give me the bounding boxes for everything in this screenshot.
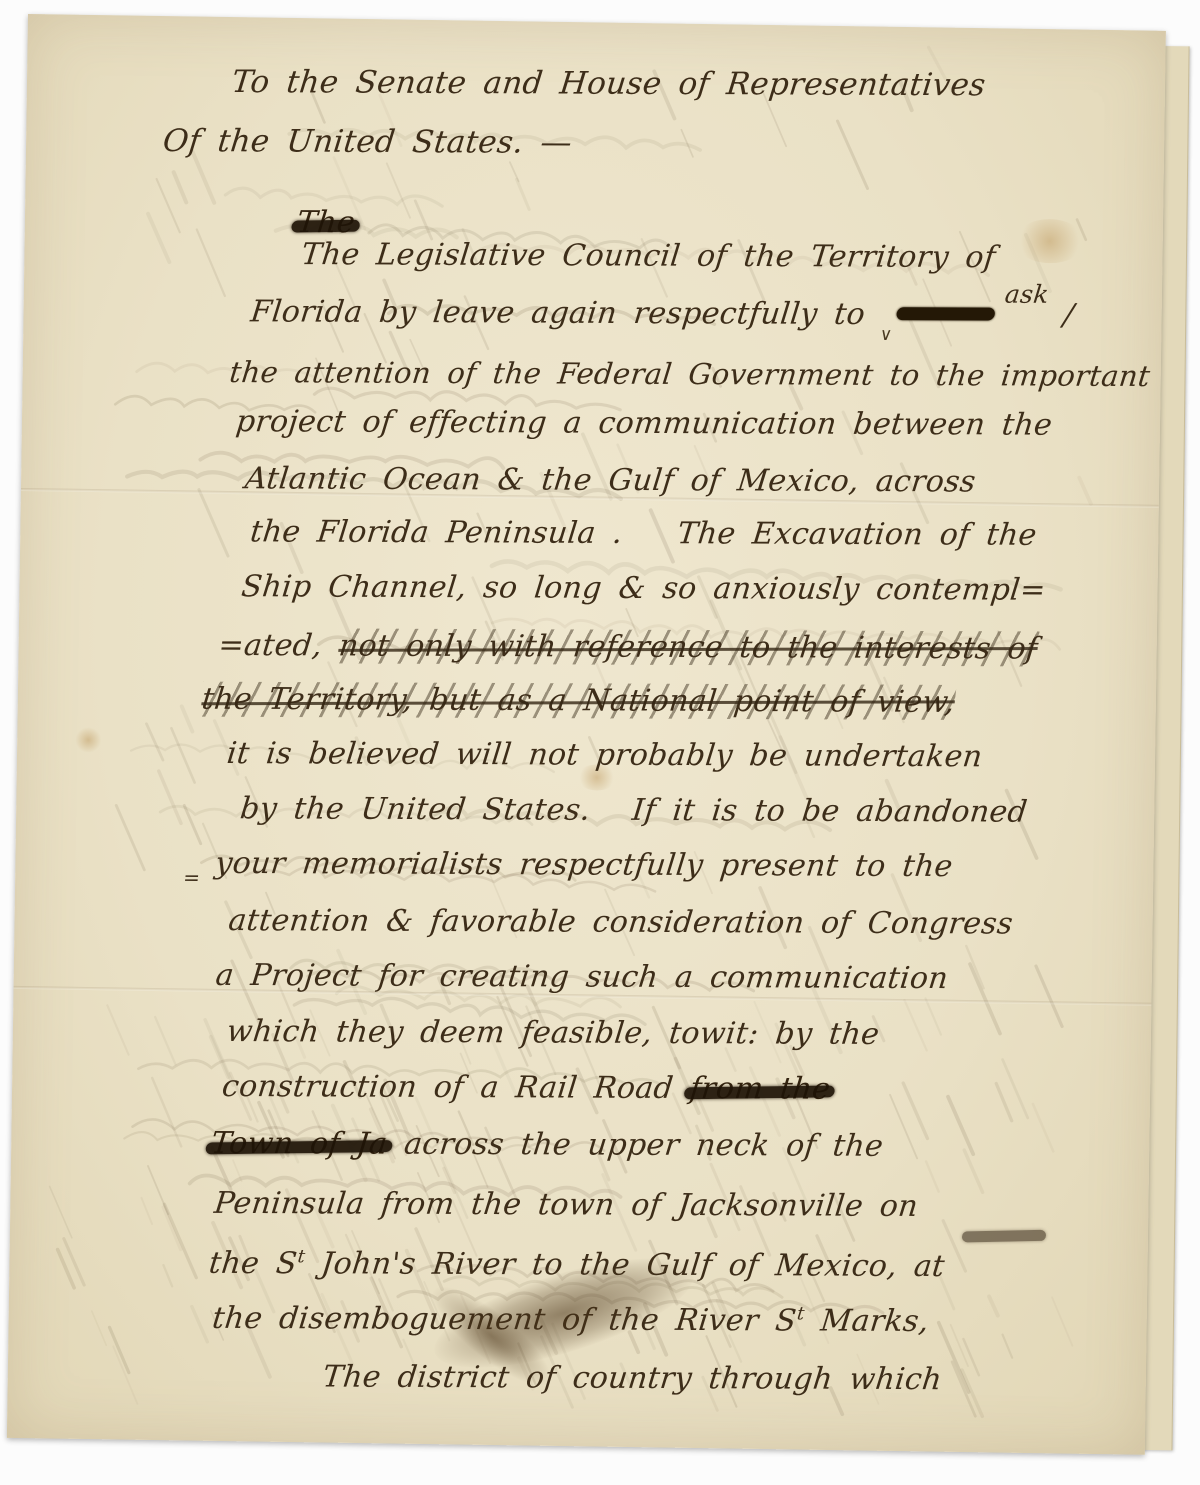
struck-out-text: Town of Ja (209, 1126, 389, 1162)
manuscript-line: it is believed will not probably be unde… (225, 735, 984, 776)
handwritten-text: the Florida Peninsula . (248, 514, 624, 551)
manuscript-line: the attention of the Federal Government … (228, 353, 1152, 395)
handwritten-text: The Legislative Council of the Territory… (300, 237, 998, 275)
salutation-line: To the Senate and House of Representativ… (230, 63, 988, 104)
handwritten-text: Ship Channel, so long & so anxiously con… (240, 569, 1048, 607)
manuscript-page: To the Senate and House of Representativ… (7, 14, 1166, 1455)
handwritten-text: The Excavation of the (676, 516, 1039, 553)
manuscript-line: the Territory, but as a National point o… (200, 681, 957, 722)
manuscript-line: The Legislative Council of the Territory… (299, 236, 997, 277)
handwritten-text: / (1045, 298, 1076, 333)
manuscript-line: the Florida Peninsula .The Excavation of… (248, 513, 1038, 554)
inserted-word-ask: ask (1004, 280, 1051, 309)
manuscript-line: project of effecting a communication bet… (234, 403, 1054, 445)
handwritten-text: construction of a Rail Road (220, 1069, 692, 1106)
manuscript-line: Atlantic Ocean & the Gulf of Mexico, acr… (243, 460, 978, 501)
handwritten-text: = (182, 865, 202, 889)
manuscript-line: by the United States.If it is to be aban… (238, 790, 1029, 831)
handwritten-text: Atlantic Ocean & the Gulf of Mexico, acr… (243, 461, 977, 499)
handwritten-text: Peninsula from the town of Jacksonville … (213, 1186, 920, 1224)
handwritten-text: The district of country through which (321, 1360, 944, 1398)
manuscript-line: Ship Channel, so long & so anxiously con… (239, 568, 1047, 609)
manuscript-line: Town of Ja across the upper neck of the (209, 1125, 885, 1166)
insertion-caret: ∨ (879, 325, 894, 345)
handwritten-text: a Project for creating such a communicat… (214, 958, 950, 996)
handwritten-text: If it is to be abandoned (630, 793, 1029, 830)
manuscript-line: =ated, not only with reference to the in… (217, 627, 1040, 669)
handwritten-text: To the Senate and House of Representativ… (230, 64, 987, 103)
handwritten-text: Florida by leave again respectfully to (249, 294, 884, 332)
handwritten-text: the attention of the Federal Government … (228, 355, 1152, 393)
handwritten-text: project of effecting a communication bet… (234, 404, 1054, 443)
struck-out-text: from the (688, 1071, 832, 1107)
handwritten-text: Marks, (802, 1303, 931, 1338)
ink-smear-under-jacksonville (962, 1230, 1046, 1243)
handwritten-text: the S (207, 1246, 299, 1281)
manuscript-line: your memorialists respectfully present t… (213, 845, 954, 886)
manuscript-line: Florida by leave again respectfully to ∨… (248, 293, 1076, 339)
hatched-strikethrough-text: not only with reference to the interests… (337, 628, 1039, 666)
hatched-strikethrough-text: the Territory, but as a National point o… (200, 682, 957, 720)
handwritten-text: your memorialists respectfully present t… (214, 846, 955, 884)
struck-out-text: The (295, 205, 357, 240)
margin-mark: = (181, 858, 202, 896)
manuscript-line: construction of a Rail Road from the (220, 1068, 832, 1109)
manuscript-line: a Project for creating such a communicat… (214, 957, 950, 998)
handwritten-text: =ated, (217, 628, 341, 663)
handwritten-text: which they deem feasible, towit: by the (225, 1014, 881, 1052)
handwritten-text: across the upper neck of the (385, 1127, 884, 1164)
manuscript-line: attention & favorable consideration of C… (226, 902, 1014, 943)
manuscript-line: The district of country through which (321, 1359, 944, 1400)
manuscript-line: which they deem feasible, towit: by the (225, 1013, 881, 1054)
ink-blot-bar (896, 307, 996, 320)
manuscript-line: Peninsula from the town of Jacksonville … (212, 1185, 920, 1226)
salutation-line-2: Of the United States. — (161, 122, 574, 162)
handwritten-text: Of the United States. — (161, 123, 574, 161)
scan-background: To the Senate and House of Representativ… (0, 0, 1200, 1485)
handwritten-text: it is believed will not probably be unde… (225, 736, 984, 774)
handwritten-text: attention & favorable consideration of C… (227, 903, 1015, 941)
handwritten-text: by the United States. (238, 791, 592, 827)
